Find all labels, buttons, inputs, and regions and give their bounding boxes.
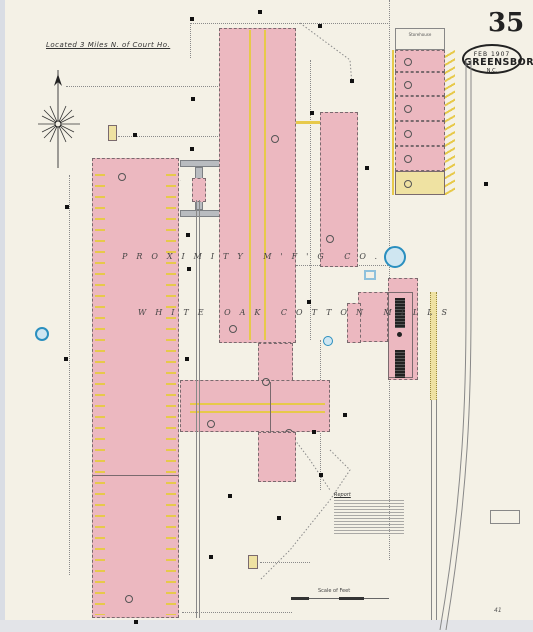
hydrant-icon (307, 300, 311, 304)
frame-shed (248, 555, 258, 569)
hydrant-icon (484, 182, 488, 186)
map-sheet: 35 FEB 1907 GREENSBORO N.C. Located 3 Mi… (0, 0, 533, 632)
hydrant-icon (365, 166, 369, 170)
storehouse-header-box: Storehouse (395, 28, 445, 50)
page-number: 35 (488, 8, 524, 38)
water-tank-icon (384, 246, 406, 268)
fire-wall (270, 382, 271, 432)
cloth-room-building (320, 112, 358, 267)
hydrant-icon (191, 97, 195, 101)
hydrant-icon (185, 357, 189, 361)
railroad-track (420, 60, 500, 630)
hydrant-icon (310, 111, 314, 115)
story-circle (229, 325, 237, 333)
scale-label: Scale of Feet (318, 588, 350, 594)
report-block: Report (334, 492, 404, 536)
scale-bar (291, 597, 309, 600)
elevator-line (264, 30, 266, 340)
window-markers (166, 165, 176, 615)
hydrant-icon (187, 267, 191, 271)
spinning-mill-building (219, 28, 296, 343)
elevator-line (249, 30, 251, 340)
report-heading: Report (334, 492, 404, 498)
sheet-corner-mark: 41 (494, 607, 502, 614)
frame-passage (296, 121, 320, 124)
hydrant-icon (350, 79, 354, 83)
hydrant-icon (277, 516, 281, 520)
hydrant-icon (186, 233, 190, 237)
story-circle (207, 420, 215, 428)
hydrant-icon (209, 555, 213, 559)
hydrant-icon (343, 413, 347, 417)
sheet-edge (0, 0, 5, 632)
hydrant-icon (64, 357, 68, 361)
hydrant-icon (133, 133, 137, 137)
compass-rose-icon (34, 68, 86, 168)
story-circle (118, 173, 126, 181)
storehouse-label: Storehouse (396, 32, 444, 37)
story-circle (262, 378, 270, 386)
stamp-box (490, 510, 520, 524)
boiler-room-building (358, 292, 388, 342)
story-circle (326, 235, 334, 243)
hydrant-icon (134, 620, 138, 624)
scale-bar (364, 598, 389, 599)
elevator-line (190, 411, 325, 413)
report-text (334, 500, 404, 536)
boiler-grates (395, 350, 405, 378)
hydrant-icon (190, 147, 194, 151)
hydrant-icon (190, 17, 194, 21)
company-name-label: PROXIMITY M'F'G CO. (122, 252, 386, 261)
elevator-line (190, 403, 325, 405)
frame-shed (108, 125, 117, 141)
water-tank-icon (323, 336, 333, 346)
chimney-icon (397, 332, 402, 337)
railroad-spur (196, 200, 200, 618)
hydrant-icon (228, 494, 232, 498)
hydrant-icon (318, 24, 322, 28)
story-circle (271, 135, 279, 143)
water-tank-icon (35, 327, 49, 341)
card-room-building (180, 380, 330, 432)
story-circle (125, 595, 133, 603)
water-main (69, 175, 70, 575)
location-note: Located 3 Miles N. of Court Ho. (46, 41, 170, 49)
hydrant-icon (312, 430, 316, 434)
iron-bridge (180, 210, 220, 217)
hydrant-icon (258, 10, 262, 14)
scale-bar (309, 598, 339, 599)
mill-name-label: WHITE OAK COTTON MILLS (138, 308, 456, 317)
hydrant-icon (65, 205, 69, 209)
pump-box (364, 270, 376, 280)
window-markers (95, 165, 105, 615)
iron-bridge (180, 160, 220, 167)
frame-platform (392, 50, 394, 195)
dye-house-building (258, 432, 296, 482)
hydrant-icon (319, 473, 323, 477)
stair-tower (192, 178, 206, 202)
scale-bar (339, 597, 364, 600)
